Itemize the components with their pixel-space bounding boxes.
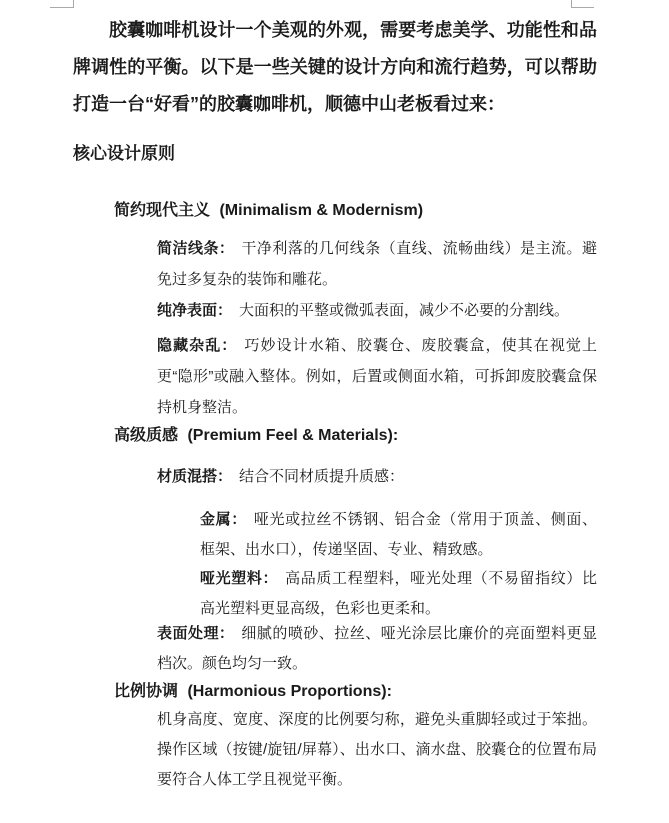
principle-heading-premium-feel: 高级质感 (Premium Feel & Materials):	[114, 424, 398, 448]
section-heading-core-principles: 核心设计原则	[73, 142, 175, 166]
item-text: 大面积的平整或微弧表面，减少不必要的分割线。	[239, 302, 569, 319]
item-text: 结合不同材质提升质感：	[239, 468, 404, 485]
list-item-surface-finish: 表面处理：细腻的喷砂、拉丝、哑光涂层比廉价的亮面塑料更显档次。颜色均匀一致。	[157, 619, 597, 679]
principle-title-zh: 比例协调	[114, 683, 178, 700]
item-label: 隐藏杂乱：	[157, 337, 237, 354]
principle-title-zh: 简约现代主义	[114, 202, 210, 219]
list-item-clean-lines: 简洁线条：干净利落的几何线条（直线、流畅曲线）是主流。避免过多复杂的装饰和雕花。	[157, 233, 597, 295]
document-page: 胶囊咖啡机设计一个美观的外观，需要考虑美学、功能性和品牌调性的平衡。以下是一些关…	[0, 0, 669, 823]
principle-title-en: (Premium Feel & Materials):	[187, 427, 398, 444]
item-label: 材质混搭：	[157, 468, 232, 485]
item-text: 机身高度、宽度、深度的比例要匀称，避免头重脚轻或过于笨拙。操作区域（按键/旋钮/…	[157, 711, 597, 788]
item-label: 简洁线条：	[157, 240, 234, 257]
list-item-body-proportions: 机身高度、宽度、深度的比例要匀称，避免头重脚轻或过于笨拙。操作区域（按键/旋钮/…	[157, 705, 597, 795]
intro-paragraph: 胶囊咖啡机设计一个美观的外观，需要考虑美学、功能性和品牌调性的平衡。以下是一些关…	[73, 12, 597, 123]
principle-title-zh: 高级质感	[114, 427, 178, 444]
principle-heading-minimalism: 简约现代主义 (Minimalism & Modernism)	[114, 199, 423, 223]
list-item-pure-surface: 纯净表面：大面积的平整或微弧表面，减少不必要的分割线。	[157, 295, 597, 326]
item-label: 哑光塑料：	[200, 570, 278, 587]
item-label: 表面处理：	[157, 625, 234, 642]
list-item-metal: 金属：哑光或拉丝不锈钢、铝合金（常用于顶盖、侧面、框架、出水口），传递坚固、专业…	[200, 505, 597, 565]
list-item-matte-plastic: 哑光塑料：高品质工程塑料，哑光处理（不易留指纹）比高光塑料更显高级，色彩也更柔和…	[200, 564, 597, 624]
principle-heading-proportions: 比例协调 (Harmonious Proportions):	[114, 680, 392, 704]
item-label: 纯净表面：	[157, 302, 232, 319]
margin-crop-mark-right	[571, 0, 594, 8]
principle-title-en: (Minimalism & Modernism)	[219, 202, 423, 219]
item-label: 金属：	[200, 511, 247, 528]
list-item-material-mix: 材质混搭：结合不同材质提升质感：	[157, 461, 597, 492]
item-text: 哑光或拉丝不锈钢、铝合金（常用于顶盖、侧面、框架、出水口），传递坚固、专业、精致…	[200, 511, 597, 558]
list-item-hide-clutter: 隐藏杂乱：巧妙设计水箱、胶囊仓、废胶囊盒，使其在视觉上更“隐形”或融入整体。例如…	[157, 330, 597, 423]
margin-crop-mark-left	[50, 0, 74, 8]
principle-title-en: (Harmonious Proportions):	[187, 683, 391, 700]
